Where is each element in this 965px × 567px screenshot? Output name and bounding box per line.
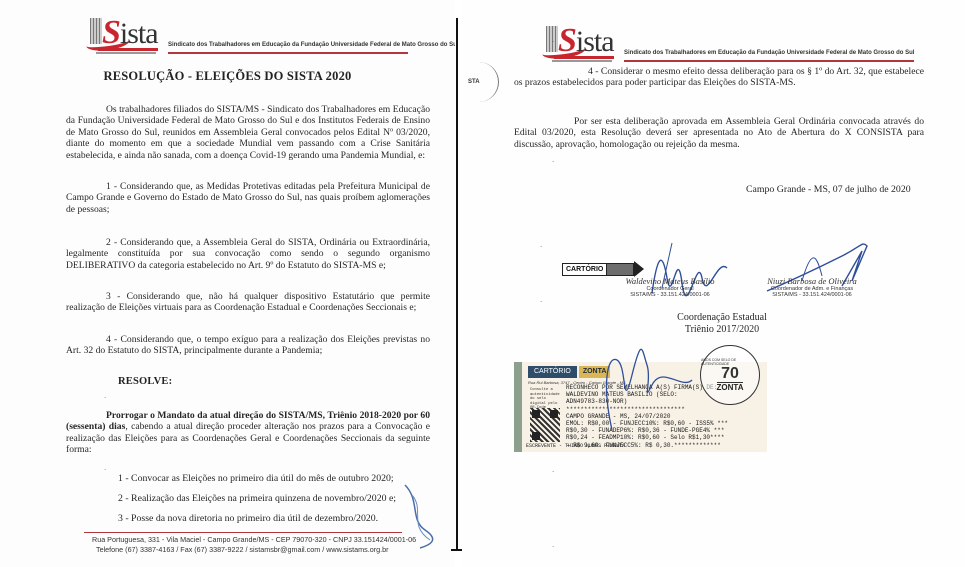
closing-paragraph: Por ser esta deliberação aprovada em Ass… [514, 116, 924, 150]
letterhead-org-name: Sindicato dos Trabalhadores em Educação … [624, 50, 914, 62]
footer-address: Rua Portuguesa, 331 - Vila Maciel - Camp… [92, 535, 416, 544]
qr-code-icon [530, 408, 560, 442]
consideration-3: 3 - Considerando que, não há qualquer di… [66, 291, 430, 314]
document-date: Campo Grande - MS, 07 de julho de 2020 [746, 184, 911, 195]
seal-number: 70 [721, 366, 739, 382]
document-page-1: Sista Sindicato dos Trabalhadores em Edu… [0, 0, 455, 567]
intro-paragraph: Os trabalhadores filiados do SISTA/MS - … [66, 104, 430, 161]
letterhead: Sista Sindicato dos Trabalhadores em Edu… [86, 18, 408, 54]
resolution-paragraph: Prorrogar o Mandato da atual direção do … [66, 410, 430, 456]
signatory-2-cnpj: SISTA/MS - 33.151.424/0001-06 [752, 292, 872, 298]
signature-scribble-icon [592, 345, 702, 435]
seal-name: ZONTA [717, 382, 744, 392]
letterhead: Sista Sindicato dos Trabalhadores em Edu… [542, 26, 914, 62]
scan-mark: ` [552, 545, 554, 553]
page-divider [456, 18, 458, 550]
cartorio-arrow-tag: CARTÓRIO [562, 262, 644, 276]
consideration-4: 4 - Considerando que, o tempo exíguo par… [66, 334, 430, 357]
scan-mark: ` [552, 470, 554, 478]
consideration-2: 2 - Considerando que, a Assembleia Geral… [66, 237, 430, 271]
scan-mark: ` [104, 396, 106, 404]
footer-contact: Telefone (67) 3387-4163 / Fax (67) 3387-… [96, 545, 389, 554]
signatory-1: Waldevino Mateus Basílio Coordenador Ger… [610, 276, 730, 298]
document-page-2: Sista Sindicato dos Trabalhadores em Edu… [462, 0, 965, 567]
scan-mark: ` [552, 40, 554, 48]
schedule-item-3: 3 - Posse da nova diretoria no primeiro … [118, 513, 378, 524]
cartorio-tag-label: CARTÓRIO [562, 263, 607, 276]
notary-brand: CARTÓRIO [528, 366, 577, 378]
side-seal-stamp: STA [464, 62, 499, 102]
notary-clerk: ESCREVENTE - THIAGO NUNES PIMENTA [526, 443, 625, 449]
coordination-block: Coordenação Estadual Triênio 2017/2020 [622, 312, 822, 336]
coordination-name: Coordenação Estadual [622, 312, 822, 324]
resolution-item-4: 4 - Considerar o mesmo efeito dessa deli… [514, 66, 924, 89]
signatory-2-name: Niuzi Barbosa de Oliveira [752, 276, 872, 286]
footer-rule [84, 532, 402, 533]
notary-seal: ANOS COM SELO DE AUTENTICIDADE 70 ZONTA [700, 345, 760, 405]
signatory-1-cnpj: SISTA/MS - 33.151.424/0001-06 [610, 292, 730, 298]
scan-mark: ` [540, 245, 542, 253]
consideration-1: 1 - Considerando que, as Medidas Proteti… [66, 181, 430, 215]
scan-mark: ` [540, 300, 542, 308]
resolve-heading: RESOLVE: [118, 376, 172, 387]
scan-mark: ` [104, 468, 106, 476]
scan-mark: ` [552, 160, 554, 168]
letterhead-org-name: Sindicato dos Trabalhadores em Educação … [168, 42, 408, 54]
signatory-2: Niuzi Barbosa de Oliveira Coordenador de… [752, 276, 872, 298]
schedule-item-2: 2 - Realização das Eleições na primeira … [118, 493, 396, 504]
schedule-item-1: 1 - Convocar as Eleições no primeiro dia… [118, 473, 394, 484]
page-title: RESOLUÇÃO - ELEIÇÕES DO SISTA 2020 [0, 69, 455, 84]
sista-logo: Sista [86, 18, 164, 54]
coordination-term: Triênio 2017/2020 [622, 324, 822, 336]
signatory-1-name: Waldevino Mateus Basílio [610, 276, 730, 286]
